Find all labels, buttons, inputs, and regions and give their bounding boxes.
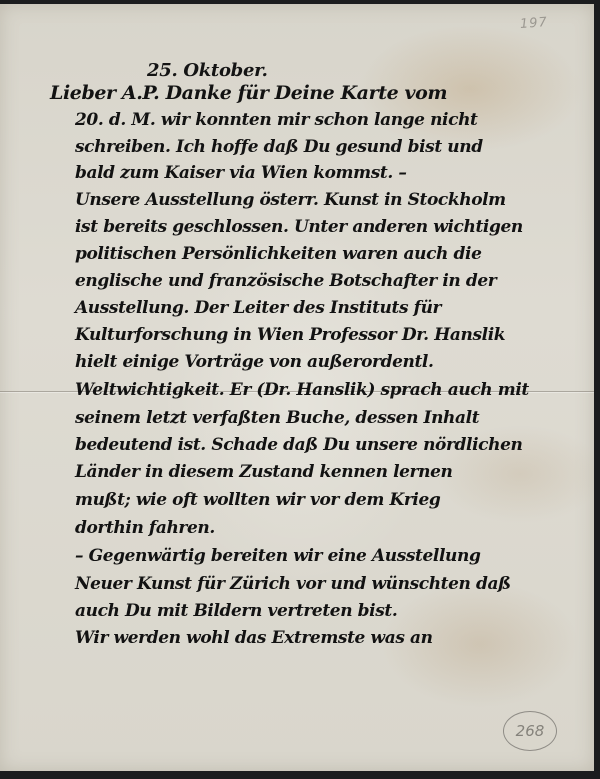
handwritten-line: Unsere Ausstellung österr. Kunst in Stoc…: [75, 190, 506, 210]
handwritten-line: mußt; wie oft wollten wir vor dem Krieg: [75, 490, 440, 510]
archive-folio-stamp: 268: [503, 711, 557, 751]
handwritten-line: Kulturforschung in Wien Professor Dr. Ha…: [75, 325, 505, 345]
letter-date: 25. Oktober.: [147, 60, 268, 81]
letter-paper: 197 25. Oktober. Lieber A.P. Danke für D…: [0, 4, 594, 771]
scan-frame: 197 25. Oktober. Lieber A.P. Danke für D…: [0, 0, 600, 779]
letter-body: 25. Oktober. Lieber A.P. Danke für Deine…: [0, 4, 594, 771]
handwritten-line: seinem letzt verfaßten Buche, dessen Inh…: [75, 408, 479, 428]
handwritten-line: bedeutend ist. Schade daß Du unsere nörd…: [75, 435, 522, 455]
archive-folio-number: 268: [516, 722, 545, 740]
handwritten-line: – Gegenwärtig bereiten wir eine Ausstell…: [75, 546, 480, 566]
handwritten-line: hielt einige Vorträge von außerordentl.: [75, 352, 434, 372]
handwritten-line: Neuer Kunst für Zürich vor und wünschten…: [75, 574, 511, 594]
handwritten-line: auch Du mit Bildern vertreten bist.: [75, 601, 397, 621]
handwritten-line: politischen Persönlichkeiten waren auch …: [75, 244, 482, 264]
handwritten-line: englische und französische Botschafter i…: [75, 271, 496, 291]
handwritten-line: ist bereits geschlossen. Unter anderen w…: [75, 217, 523, 237]
handwritten-line: Weltwichtigkeit. Er (Dr. Hanslik) sprach…: [75, 380, 529, 400]
handwritten-line: 20. d. M. wir konnten mir schon lange ni…: [75, 110, 477, 130]
handwritten-line: Ausstellung. Der Leiter des Instituts fü…: [75, 298, 441, 318]
handwritten-line: bald zum Kaiser via Wien kommst. –: [75, 163, 406, 183]
handwritten-line: Wir werden wohl das Extremste was an: [75, 628, 433, 648]
handwritten-line: Länder in diesem Zustand kennen lernen: [75, 462, 452, 482]
handwritten-line: schreiben. Ich hoffe daß Du gesund bist …: [75, 137, 483, 157]
handwritten-line: Lieber A.P. Danke für Deine Karte vom: [50, 82, 447, 104]
handwritten-line: dorthin fahren.: [75, 518, 215, 538]
